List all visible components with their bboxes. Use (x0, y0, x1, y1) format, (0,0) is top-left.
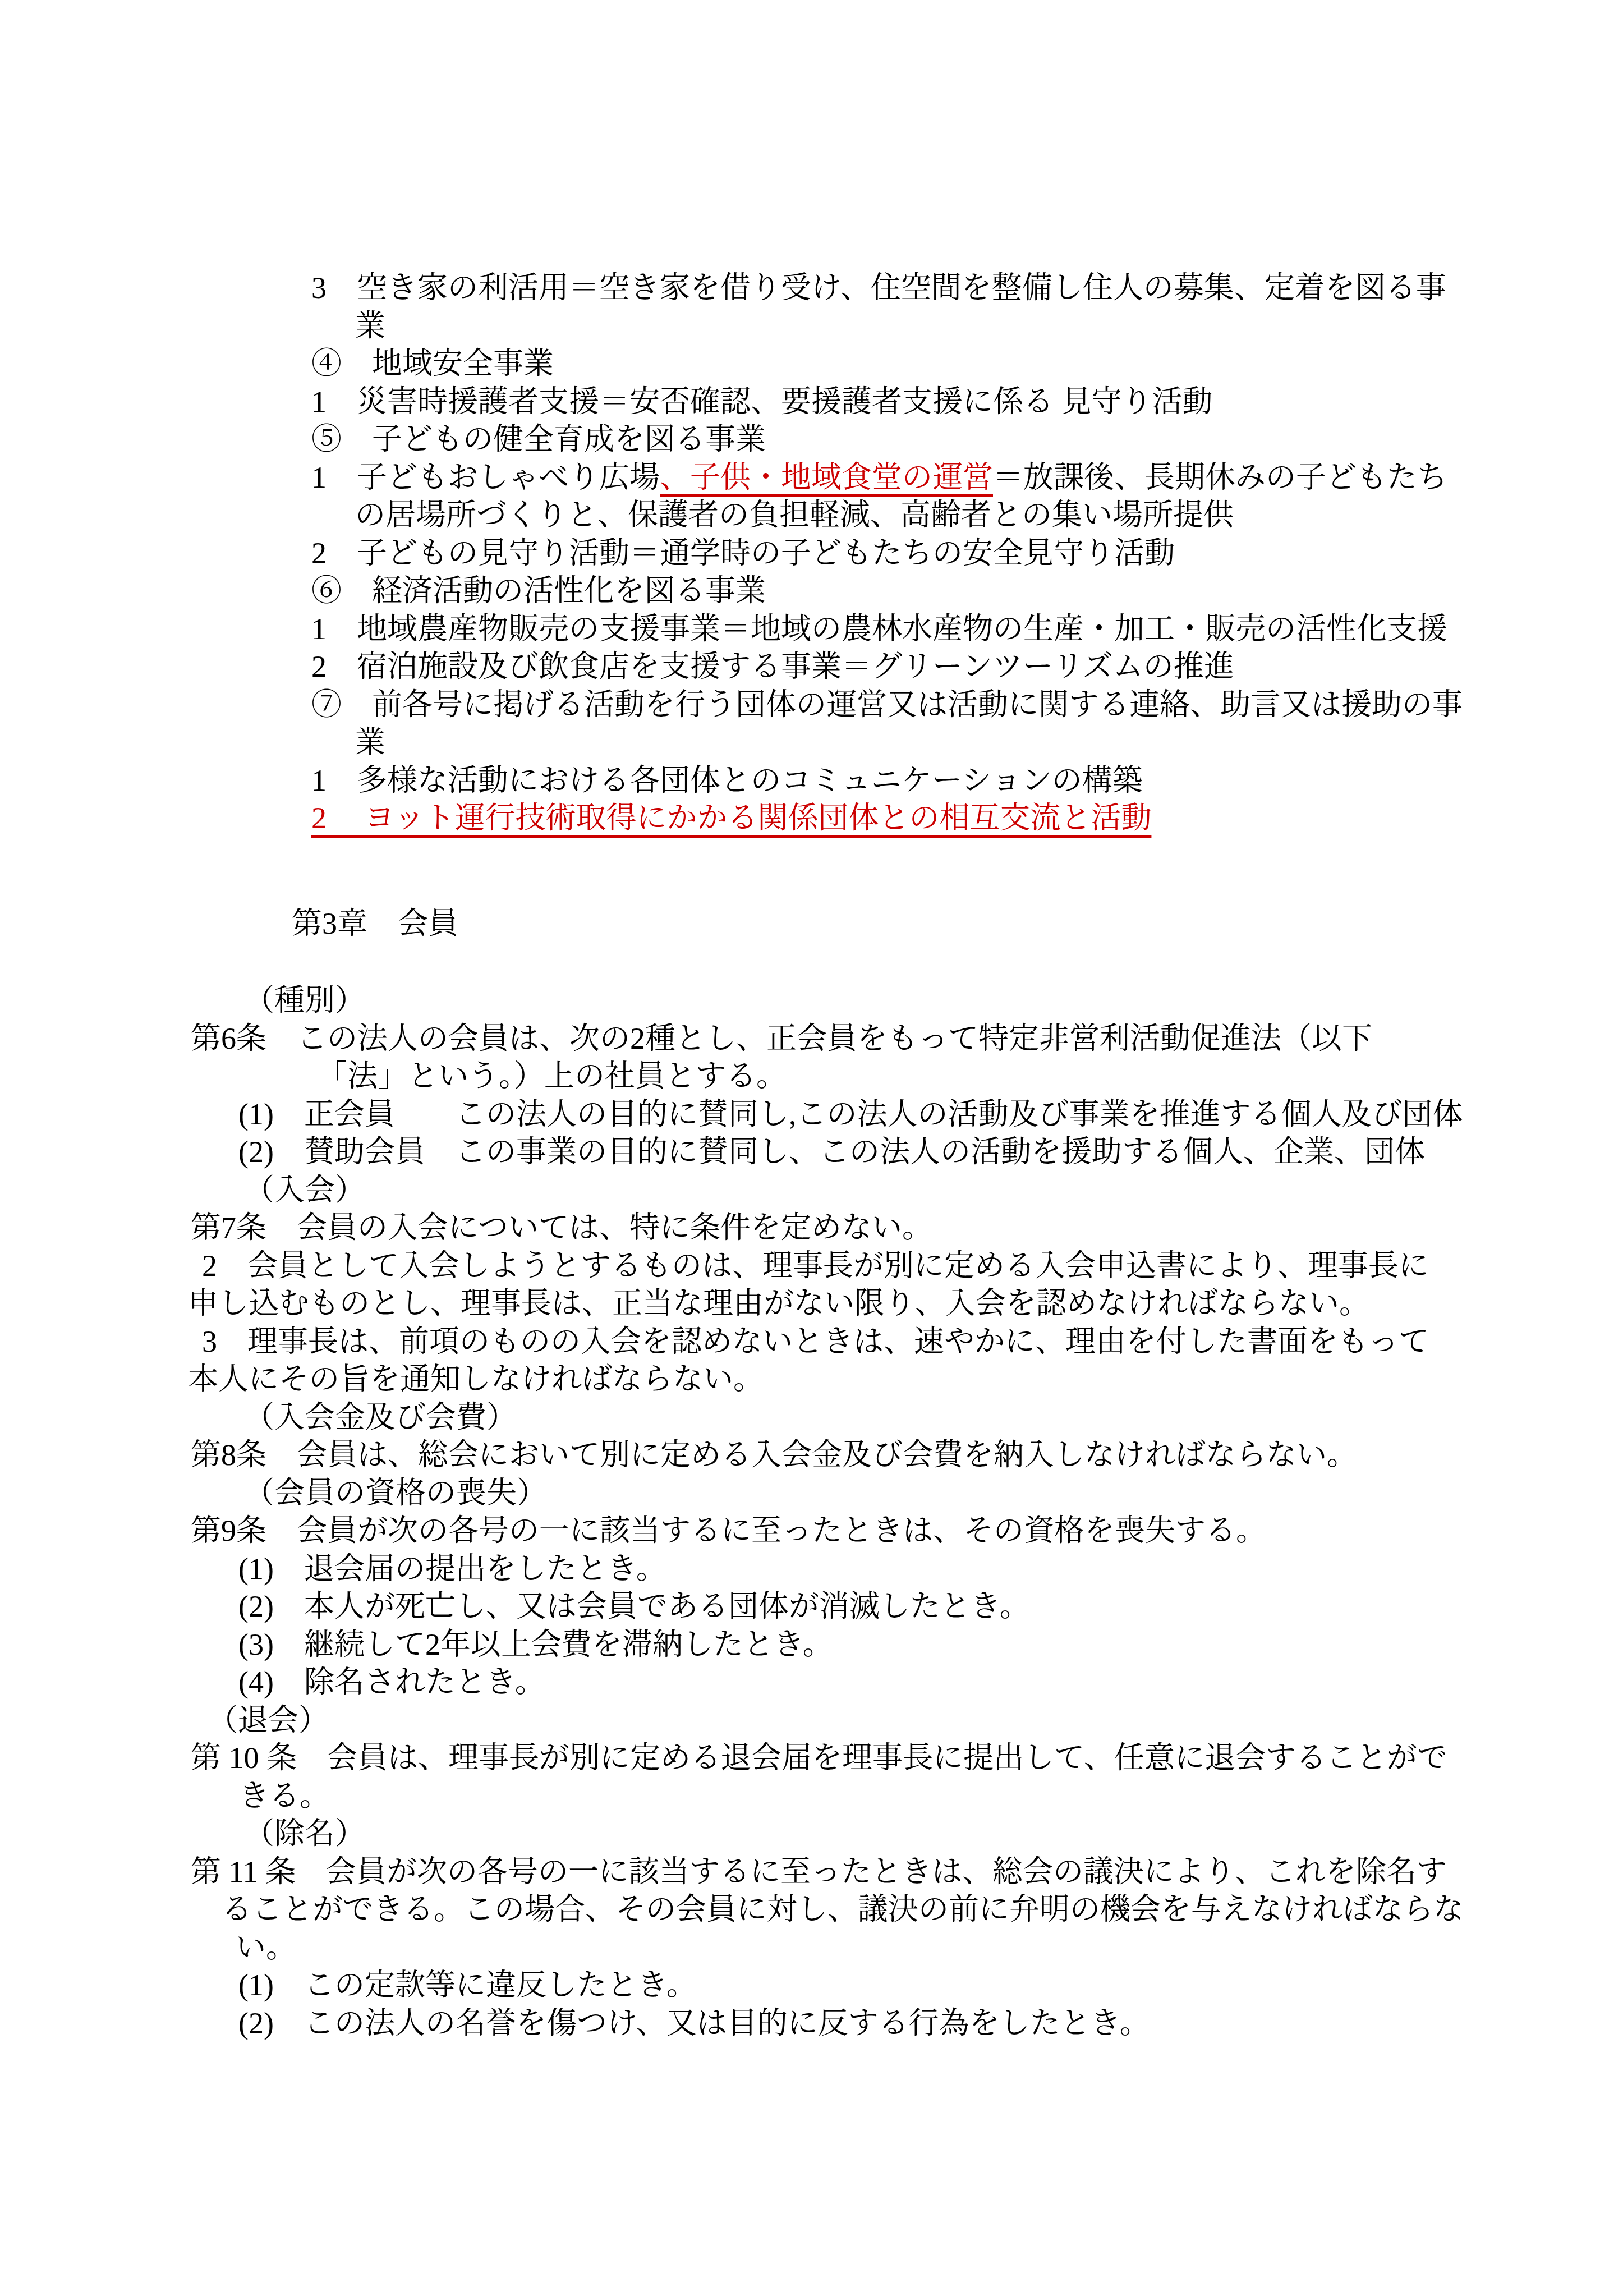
text-line: (1) 退会届の提出をしたとき。 (238, 1550, 1623, 1588)
text-line: 第 10 条 会員は、理事長が別に定める退会届を理事長に提出して、任意に退会する… (191, 1739, 1623, 1778)
text-line: 業 (355, 307, 1623, 346)
body-text: 3 理事長は、前項のものの入会を認めないときは、速やかに、理由を付した書面をもっ… (202, 1325, 1429, 1358)
body-text: （会員の資格の喪失） (244, 1476, 547, 1510)
text-line: の居場所づくりと、保護者の負担軽減、高齢者との集い場所提供 (355, 497, 1623, 535)
body-text: (4) 除名されたとき。 (238, 1665, 545, 1699)
text-line: (2) 本人が死亡し、又は会員である団体が消滅したとき。 (238, 1588, 1623, 1626)
text-line: （退会） (208, 1702, 1623, 1740)
body-text: 2 会員として入会しようとするものは、理事長が別に定める入会申込書により、理事長… (202, 1249, 1429, 1283)
text-line: 第3章 会員 (292, 905, 1623, 943)
body-text: 1 地域農産物販売の支援事業＝地域の農林水産物の生産・加工・販売の活性化支援 (311, 612, 1447, 646)
text-line: ④ 地域安全事業 (311, 345, 1623, 383)
body-text: ⑤ 子どもの健全育成を図る事業 (311, 423, 766, 456)
body-text: （入会金及び会費） (244, 1400, 517, 1434)
text-line: 1 多様な活動における各団体とのコミュニケーションの構築 (311, 762, 1623, 800)
body-text: ⑥ 経済活動の活性化を図る事業 (311, 574, 766, 608)
document-page: 3 空き家の利活用＝空き家を借り受け、住空間を整備し住人の募集、定着を図る事業④… (0, 0, 1623, 2296)
body-text: い。 (236, 1931, 296, 1964)
text-line: 「法」という。）上の社員とする。 (317, 1058, 1623, 1096)
body-text: （入会） (244, 1173, 365, 1207)
text-line: 本人にその旨を通知しなければならない。 (188, 1361, 1623, 1399)
text-line: 申し込むものとし、理事長は、正当な理由がない限り、入会を認めなければならない。 (188, 1285, 1623, 1323)
body-text: きる。 (239, 1779, 330, 1813)
text-line: 業 (355, 724, 1623, 762)
body-text: 2 子どもの見守り活動＝通学時の子どもたちの安全見守り活動 (311, 536, 1175, 570)
body-text: 1 災害時援護者支援＝安否確認、要援護者支援に係る 見守り活動 (311, 385, 1213, 419)
body-text: (3) 継続して2年以上会費を滞納したとき。 (238, 1628, 833, 1661)
text-line: 3 理事長は、前項のものの入会を認めないときは、速やかに、理由を付した書面をもっ… (202, 1323, 1623, 1361)
body-text: 第6条 この法人の会員は、次の2種とし、正会員をもって特定非営利活動促進法（以下 (191, 1022, 1372, 1055)
body-text: 1 子どもおしゃべり広場 (311, 461, 660, 494)
red-revision-text: 2 ヨット運行技術取得にかかる関係団体との相互交流と活動 (311, 801, 1151, 835)
text-line: 2 ヨット運行技術取得にかかる関係団体との相互交流と活動 (311, 800, 1623, 838)
text-line: 2 会員として入会しようとするものは、理事長が別に定める入会申込書により、理事長… (202, 1247, 1623, 1285)
body-text: 第7条 会員の入会については、特に条件を定めない。 (191, 1211, 932, 1245)
text-line: 1 地域農産物販売の支援事業＝地域の農林水産物の生産・加工・販売の活性化支援 (311, 610, 1623, 649)
document-body: 3 空き家の利活用＝空き家を借り受け、住空間を整備し住人の募集、定着を図る事業④… (0, 0, 1623, 2042)
body-text: 1 多様な活動における各団体とのコミュニケーションの構築 (311, 764, 1143, 797)
body-text: 2 宿泊施設及び飲食店を支援する事業＝グリーンツーリズムの推進 (311, 650, 1234, 683)
text-line: （会員の資格の喪失） (244, 1475, 1623, 1513)
body-text: ＝放課後、長期休みの子どもたち (993, 461, 1447, 494)
body-text: ることができる。この場合、その会員に対し、議決の前に弁明の機会を与えなければなら… (222, 1893, 1464, 1926)
text-line: い。 (236, 1929, 1623, 1967)
text-line: (4) 除名されたとき。 (238, 1664, 1623, 1702)
body-text: 第 10 条 会員は、理事長が別に定める退会届を理事長に提出して、任意に退会する… (191, 1741, 1447, 1775)
text-line: (1) この定款等に違反したとき。 (238, 1967, 1623, 2005)
text-line: ⑤ 子どもの健全育成を図る事業 (311, 421, 1623, 459)
text-line: (1) 正会員 この法人の目的に賛同し,この法人の活動及び事業を推進する個人及び… (238, 1096, 1623, 1134)
text-line: ⑦ 前各号に掲げる活動を行う団体の運営又は活動に関する連絡、助言又は援助の事 (311, 686, 1623, 724)
body-text: 第9条 会員が次の各号の一に該当するに至ったときは、その資格を喪失する。 (191, 1514, 1266, 1547)
body-text: (1) この定款等に違反したとき。 (238, 1968, 697, 2002)
body-text: （除名） (244, 1817, 365, 1850)
text-line: ⑥ 経済活動の活性化を図る事業 (311, 572, 1623, 610)
body-text: (1) 正会員 この法人の目的に賛同し,この法人の活動及び事業を推進する個人及び… (238, 1098, 1463, 1131)
body-text: 本人にその旨を通知しなければならない。 (188, 1362, 764, 1396)
text-line: 第7条 会員の入会については、特に条件を定めない。 (191, 1209, 1623, 1247)
text-line: 1 子どもおしゃべり広場、子供・地域食堂の運営＝放課後、長期休みの子どもたち (311, 459, 1623, 497)
body-text: (2) 本人が死亡し、又は会員である団体が消滅したとき。 (238, 1590, 1030, 1623)
body-text: ⑦ 前各号に掲げる活動を行う団体の運営又は活動に関する連絡、助言又は援助の事 (311, 688, 1463, 722)
body-text: 業 (355, 725, 385, 759)
text-line: 2 宿泊施設及び飲食店を支援する事業＝グリーンツーリズムの推進 (311, 648, 1623, 686)
text-line: ることができる。この場合、その会員に対し、議決の前に弁明の機会を与えなければなら… (222, 1891, 1623, 1929)
body-text: 業 (355, 309, 385, 343)
body-text: (2) この法人の名誉を傷つけ、又は目的に反する行為をしたとき。 (238, 2006, 1150, 2040)
text-line: （入会） (244, 1172, 1623, 1210)
body-text: （退会） (208, 1703, 329, 1737)
text-line: (2) この法人の名誉を傷つけ、又は目的に反する行為をしたとき。 (238, 2005, 1623, 2043)
body-text: 第8条 会員は、総会において別に定める入会金及び会費を納入しなければならない。 (191, 1438, 1357, 1472)
body-text: 申し込むものとし、理事長は、正当な理由がない限り、入会を認めなければならない。 (188, 1287, 1369, 1320)
text-line: 1 災害時援護者支援＝安否確認、要援護者支援に係る 見守り活動 (311, 383, 1623, 421)
text-line: (2) 賛助会員 この事業の目的に賛同し、この法人の活動を援助する個人、企業、団… (238, 1133, 1623, 1172)
text-line: 第 11 条 会員が次の各号の一に該当するに至ったときは、総会の議決により、これ… (191, 1853, 1623, 1891)
body-text: 第3章 会員 (292, 907, 458, 940)
body-text: ④ 地域安全事業 (311, 347, 554, 380)
text-line: （種別） (244, 982, 1623, 1020)
text-line: （除名） (244, 1815, 1623, 1853)
text-line: 第9条 会員が次の各号の一に該当するに至ったときは、その資格を喪失する。 (191, 1512, 1623, 1550)
body-text: (2) 賛助会員 この事業の目的に賛同し、この法人の活動を援助する個人、企業、団… (238, 1135, 1425, 1169)
text-line: きる。 (239, 1778, 1623, 1816)
text-line: 2 子どもの見守り活動＝通学時の子どもたちの安全見守り活動 (311, 535, 1623, 573)
red-revision-text: 、子供・地域食堂の運営 (660, 461, 993, 494)
text-line: 第6条 この法人の会員は、次の2種とし、正会員をもって特定非営利活動促進法（以下 (191, 1020, 1623, 1058)
text-line: (3) 継続して2年以上会費を滞納したとき。 (238, 1626, 1623, 1664)
body-text: (1) 退会届の提出をしたとき。 (238, 1552, 666, 1586)
text-line: （入会金及び会費） (244, 1399, 1623, 1437)
body-text: 第 11 条 会員が次の各号の一に該当するに至ったときは、総会の議決により、これ… (191, 1855, 1447, 1889)
text-line: 3 空き家の利活用＝空き家を借り受け、住空間を整備し住人の募集、定着を図る事 (311, 269, 1623, 307)
text-line: 第8条 会員は、総会において別に定める入会金及び会費を納入しなければならない。 (191, 1436, 1623, 1475)
body-text: の居場所づくりと、保護者の負担軽減、高齢者との集い場所提供 (355, 498, 1234, 532)
body-text: 3 空き家の利活用＝空き家を借り受け、住空間を整備し住人の募集、定着を図る事 (311, 271, 1446, 305)
body-text: 「法」という。）上の社員とする。 (317, 1059, 787, 1093)
body-text: （種別） (244, 984, 365, 1017)
